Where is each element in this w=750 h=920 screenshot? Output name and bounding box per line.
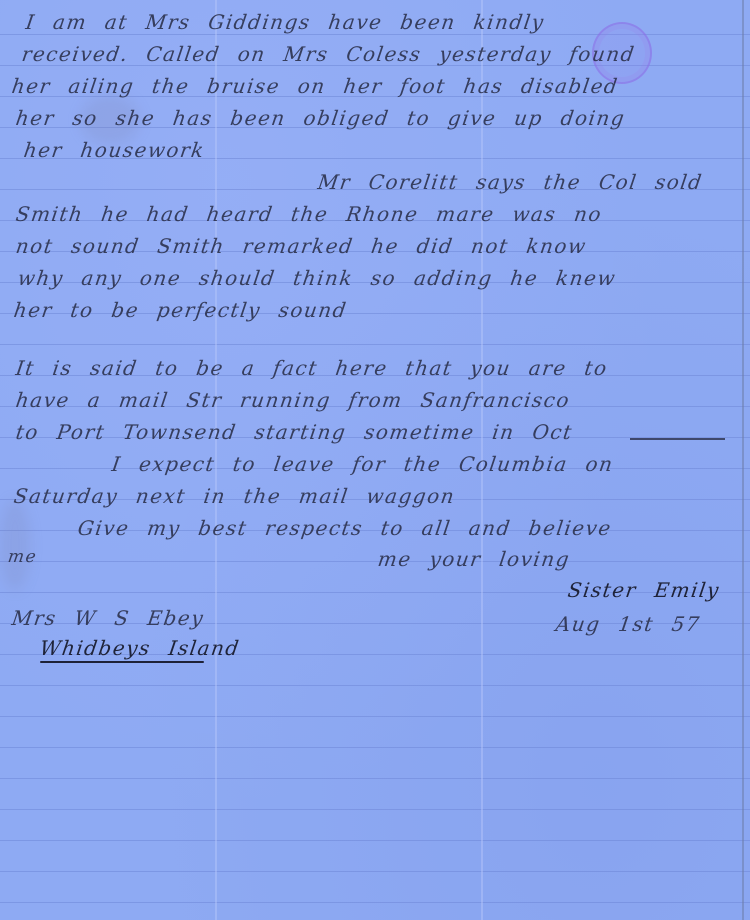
signature: Sister Emily bbox=[566, 578, 721, 602]
letter-line: Saturday next in the mail waggon bbox=[12, 484, 457, 508]
recipient-name: Mrs W S Ebey bbox=[10, 606, 206, 630]
address-underline bbox=[40, 661, 204, 663]
letter-line: her housework bbox=[22, 138, 206, 162]
letter-line: me your loving bbox=[376, 547, 571, 571]
letter-line: Give my best respects to all and believe bbox=[76, 516, 613, 540]
letter-line: I am at Mrs Giddings have been kindly bbox=[24, 10, 546, 34]
letter-line: It is said to be a fact here that you ar… bbox=[14, 356, 609, 380]
letter-line: her so she has been obliged to give up d… bbox=[14, 106, 627, 130]
recipient-place: Whidbeys Island bbox=[38, 636, 241, 660]
letter-line: me bbox=[7, 547, 39, 567]
pen-flourish bbox=[630, 438, 725, 440]
letter-line: I expect to leave for the Columbia on bbox=[110, 452, 615, 476]
letter-date: Aug 1st 57 bbox=[554, 612, 702, 636]
page-edge bbox=[742, 0, 744, 920]
letter-line: have a mail Str running from Sanfrancisc… bbox=[14, 388, 571, 412]
letter-line: not sound Smith remarked he did not know bbox=[14, 234, 588, 258]
letter-page: I am at Mrs Giddings have been kindly re… bbox=[0, 0, 750, 920]
letter-line: to Port Townsend starting sometime in Oc… bbox=[14, 420, 574, 444]
letter-line: her to be perfectly sound bbox=[12, 298, 349, 322]
letter-line: Smith he had heard the Rhone mare was no bbox=[14, 202, 604, 226]
letter-line: why any one should think so adding he kn… bbox=[16, 266, 618, 290]
letter-line: her ailing the bruise on her foot has di… bbox=[10, 74, 620, 98]
letter-line: received. Called on Mrs Coless yesterday… bbox=[20, 42, 636, 66]
letter-line: Mr Corelitt says the Col sold bbox=[316, 170, 704, 194]
stain bbox=[0, 500, 30, 590]
